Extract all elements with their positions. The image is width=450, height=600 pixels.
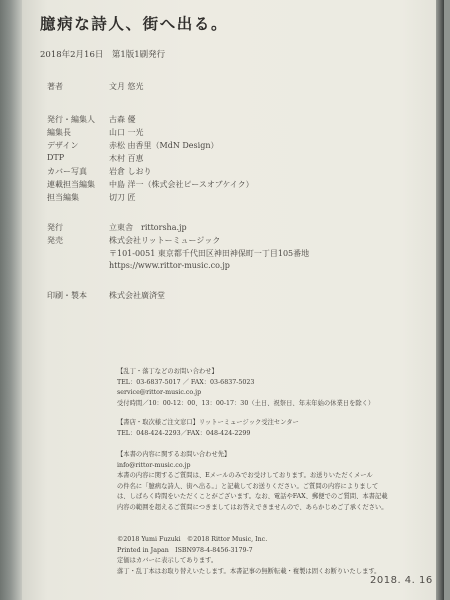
- inquiry-orders-tel-fax: TEL：048-424-2293／FAX：048-424-2299: [117, 429, 299, 440]
- inquiry-content-heading: 【本書の内容に関するお問い合わせ先】: [117, 450, 388, 461]
- edition-date: 2018年2月16日 第1版1刷発行: [40, 48, 165, 60]
- credit-value: 赤松 由香里（MdN Design）: [109, 140, 218, 151]
- copyright-line: ©2018 Yumi Fuzuki ©2018 Rittor Music, In…: [117, 535, 380, 546]
- inquiry-content: 【本書の内容に関するお問い合わせ先】 info@rittor-music.co.…: [117, 450, 388, 513]
- credit-value: 切刀 匠: [109, 192, 136, 203]
- credit-value: 古森 優: [109, 114, 136, 125]
- inquiry-defects: 【乱丁・落丁などのお問い合わせ】 TEL：03-6837-5017 ／ FAX：…: [117, 367, 374, 409]
- publisher-company: 株式会社リットーミュージック: [109, 235, 220, 246]
- publisher-url: https://www.rittor-music.co.jp: [109, 261, 230, 270]
- credit-value: 文月 悠光: [109, 81, 144, 92]
- publisher-address: 〒101-0051 東京都千代田区神田神保町一丁目105番地: [109, 248, 309, 259]
- inquiry-content-line: 内容の範囲を超えるご質問につきましてはお答えできませんので、あらかじめご了承くだ…: [117, 503, 388, 514]
- book-title: 臆病な詩人、街へ出る。: [40, 12, 228, 34]
- inquiry-defects-tel-fax: TEL：03-6837-5017 ／ FAX：03-6837-5023: [117, 378, 374, 389]
- inquiry-content-line: 本書の内容に関するご質問は、Eメールのみでお受けしております。お送りいただくメー…: [117, 471, 388, 482]
- inquiry-content-email: info@rittor-music.co.jp: [117, 461, 388, 472]
- printed-isbn-line: Printed in Japan ISBN978-4-8456-3179-7: [117, 546, 380, 557]
- inquiry-orders-heading: 【書店・取次様ご注文窓口】リットーミュージック受注センター: [117, 418, 299, 429]
- inquiry-defects-email: service@rittor-music.co.jp: [117, 388, 374, 399]
- reproduction-note: 落丁・乱丁本はお取り替えいたします。本書記事の無断転載・複製は固くお断りいたしま…: [117, 567, 380, 578]
- publisher-value: 立東舎 rittorsha.jp: [109, 222, 187, 233]
- credit-value: 木村 百恵: [109, 153, 144, 164]
- credit-value: 中島 洋一（株式会社ピースオブケイク）: [109, 179, 254, 190]
- printing-value: 株式会社廣済堂: [109, 290, 165, 301]
- credit-value: 山口 一光: [109, 127, 144, 138]
- inquiry-content-line: の件名に「臆病な詩人、街へ出る。」と記載してお送りください。ご質問の内容によりま…: [117, 482, 388, 493]
- inquiry-defects-hours: 受付時間／10：00-12：00、13：00-17：30（土日、祝祭日、年末年始…: [117, 399, 374, 410]
- inquiry-orders: 【書店・取次様ご注文窓口】リットーミュージック受注センター TEL：048-42…: [117, 418, 299, 439]
- handwritten-date: 2018. 4. 16: [370, 575, 433, 586]
- copyright-block: ©2018 Yumi Fuzuki ©2018 Rittor Music, In…: [117, 535, 380, 577]
- inquiry-defects-heading: 【乱丁・落丁などのお問い合わせ】: [117, 367, 374, 378]
- page-edge-shadow: [436, 0, 444, 600]
- credit-value: 岩倉 しおり: [109, 166, 152, 177]
- price-note: 定価はカバーに表示してあります。: [117, 556, 380, 567]
- inquiry-content-line: は、しばらく時間をいただくことがございます。なお、電話やFAX、郵便でのご質問、…: [117, 492, 388, 503]
